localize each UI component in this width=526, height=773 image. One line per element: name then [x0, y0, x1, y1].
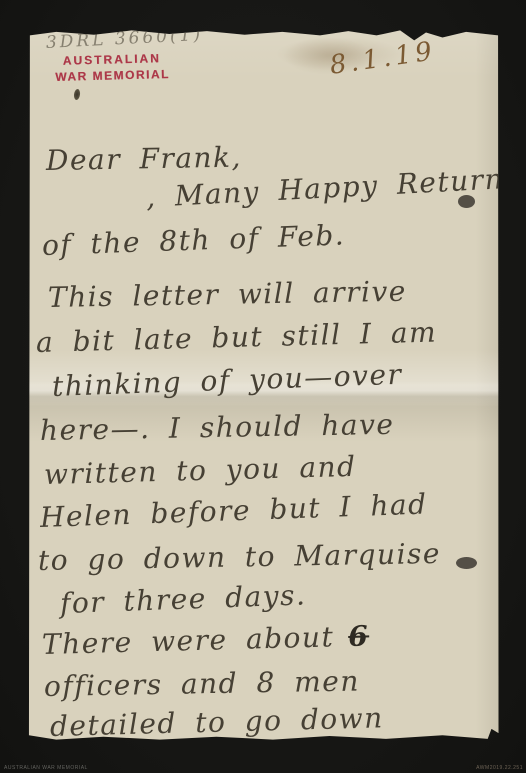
- handwritten-line: Helen before but I had: [39, 487, 428, 534]
- handwritten-line: There were about6: [42, 619, 370, 661]
- ink-smudge: [456, 557, 477, 569]
- handwritten-line: detailed to go down: [50, 701, 384, 743]
- handwritten-line: of the 8th of Feb.: [41, 218, 345, 262]
- paper-hole: [73, 89, 80, 101]
- handwritten-line: a bit late but still I am: [36, 316, 438, 359]
- handwritten-line: This letter will arrive: [48, 275, 407, 314]
- handwritten-line: here—. I should have: [40, 408, 395, 447]
- handwritten-line: to go down to Marquise: [38, 537, 441, 577]
- handwritten-line: written to you and: [44, 450, 357, 491]
- handwritten-line: for three days.: [59, 578, 306, 620]
- watermark-awm: AUSTRALIAN WAR MEMORIAL: [4, 765, 88, 771]
- letter-page: 3DRL 3660(1) AUSTRALIAN WAR MEMORIAL 8.1…: [28, 29, 499, 741]
- struck-number: 6: [348, 619, 370, 653]
- photograph-background: 3DRL 3660(1) AUSTRALIAN WAR MEMORIAL 8.1…: [0, 0, 526, 773]
- handwritten-line-text: There were about: [42, 620, 335, 661]
- watermark-reference: AWM2019.22.251: [476, 765, 523, 771]
- pencil-reference: 3DRL 3660(1): [45, 25, 203, 53]
- awm-stamp-line1: AUSTRALIAN: [63, 51, 170, 68]
- awm-stamp: AUSTRALIAN WAR MEMORIAL: [55, 51, 170, 84]
- awm-stamp-line2: WAR MEMORIAL: [55, 67, 170, 84]
- handwritten-line-salutation: Dear Frank,: [46, 141, 242, 177]
- handwritten-line: officers and 8 men: [44, 664, 360, 703]
- ink-smudge: [458, 195, 475, 208]
